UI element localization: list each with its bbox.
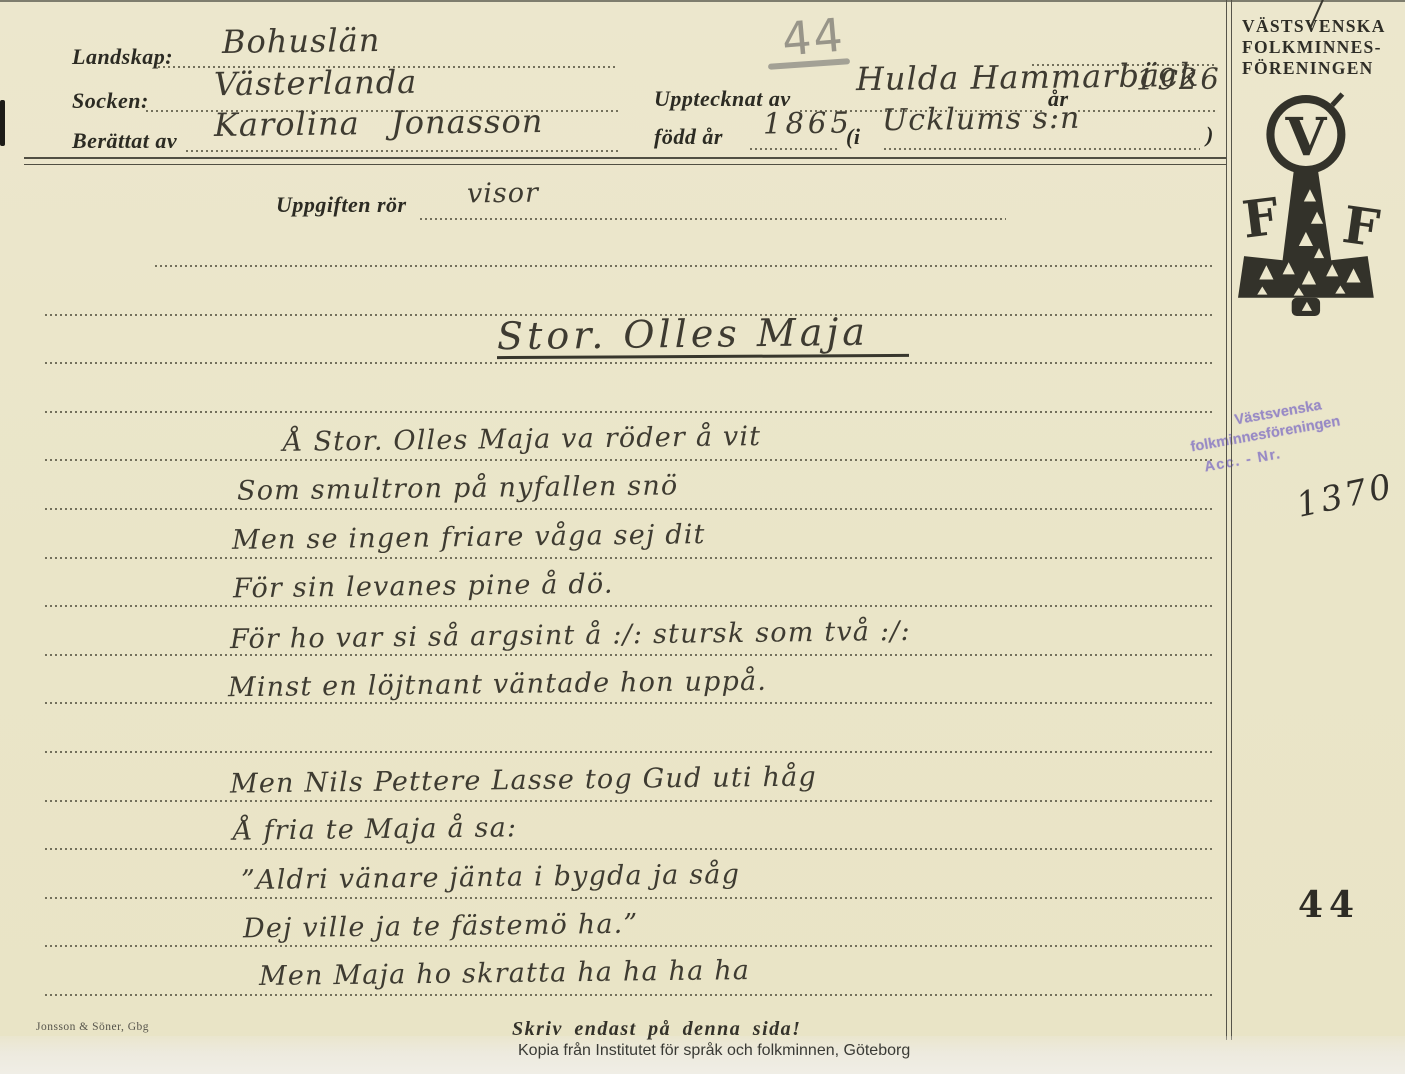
scan-edge-blob (0, 100, 5, 146)
fodd-paren-open: (i (846, 124, 860, 150)
uppgiften-value: visor (467, 178, 539, 210)
ar-dotted-line (1078, 110, 1215, 112)
ruled-line (45, 411, 1215, 413)
verse-line: Men Nils Pettere Lasse tog Gud uti håg (230, 761, 817, 799)
berattat-value: Karolina Jonasson (214, 102, 544, 144)
fodd-dotted-line-2 (884, 148, 1200, 150)
fodd-value: 1865 (763, 105, 853, 140)
ruled-line (45, 605, 1215, 607)
ruled-line (45, 751, 1215, 753)
org-line-2: FOLKMINNES- (1242, 37, 1386, 58)
ruled-line (45, 654, 1215, 656)
pencil-page-number: 44 (780, 7, 847, 66)
ruled-line (45, 459, 1215, 461)
verse-line: Minst en löjtnant väntade hon uppå. (228, 666, 767, 704)
printer-mark: Jonsson & Söner, Gbg (36, 1021, 149, 1033)
berattat-label: Berättat av (72, 128, 177, 154)
ruled-line (45, 945, 1215, 947)
form-instruction: Skriv endast på denna sida! (512, 1018, 801, 1041)
uppgiften-dotted-line (420, 218, 1006, 220)
berattat-dotted-line (186, 150, 618, 152)
ruled-line (45, 557, 1215, 559)
page-number-stamp: 44 (1298, 884, 1360, 926)
verse-line: Men se ingen friare våga sej dit (232, 519, 706, 556)
verse-line: Dej ville ja te fästemö ha.” (243, 909, 639, 945)
organization-name: VÄSTSVENSKA FOLKMINNES- FÖRENINGEN (1242, 16, 1386, 79)
ruled-line (45, 800, 1215, 802)
scan-edge-top (0, 0, 1405, 2)
ruled-line (155, 265, 1215, 267)
sidebar-separator (1226, 0, 1232, 1040)
verse-line: Men Maja ho skratta ha ha ha ha (259, 955, 750, 992)
ruled-line (45, 362, 1215, 364)
org-line-3: FÖRENINGEN (1242, 58, 1386, 79)
verse-line: För sin levanes pine å dö. (233, 569, 614, 605)
verse-line: Som smultron på nyfallen snö (237, 470, 679, 506)
fodd-paren-close: ) (1206, 122, 1214, 148)
archive-copy-note: Kopia från Institutet för språk och folk… (518, 1042, 910, 1060)
org-line-1: VÄSTSVENSKA (1242, 16, 1386, 37)
ruled-line (45, 994, 1215, 996)
vff-thors-hammer-logo: V F F (1238, 92, 1390, 320)
landskap-value: Bohuslän (222, 21, 381, 61)
logo-letter-v: V (1284, 107, 1327, 168)
fodd-label: född år (654, 124, 723, 150)
ruled-line (45, 897, 1215, 899)
song-title: Stor. Olles Maja (497, 310, 869, 359)
verse-line: För ho var si så argsint å :/: stursk so… (230, 616, 911, 655)
fodd-dotted-line-1 (750, 148, 838, 150)
fodd-place: Ucklums s:n (882, 101, 1081, 138)
ruled-line (45, 508, 1215, 510)
verse-line: Å Stor. Olles Maja va röder å vit (283, 421, 762, 458)
uppgiften-label: Uppgiften rör (276, 192, 407, 218)
ar-value: 1926 (1136, 61, 1222, 96)
accession-stamp: Västsvenska folkminnesföreningen Acc. - … (1186, 384, 1403, 480)
accession-number: 1370 (1293, 466, 1398, 526)
logo-letter-f-left: F (1239, 186, 1282, 250)
logo-letter-f-right: F (1339, 194, 1383, 258)
socken-value: Västerlanda (214, 63, 418, 103)
verse-line: ”Aldri vänare jänta i bygda ja såg (241, 859, 740, 896)
verse-line: Å fria te Maja å sa: (233, 812, 518, 846)
header-divider-rule (24, 157, 1226, 165)
ruled-line (45, 702, 1215, 704)
ruled-line (45, 848, 1215, 850)
socken-label: Socken: (72, 88, 149, 114)
folklore-record-card: Landskap: Bohuslän Socken: Västerlanda B… (0, 0, 1405, 1074)
